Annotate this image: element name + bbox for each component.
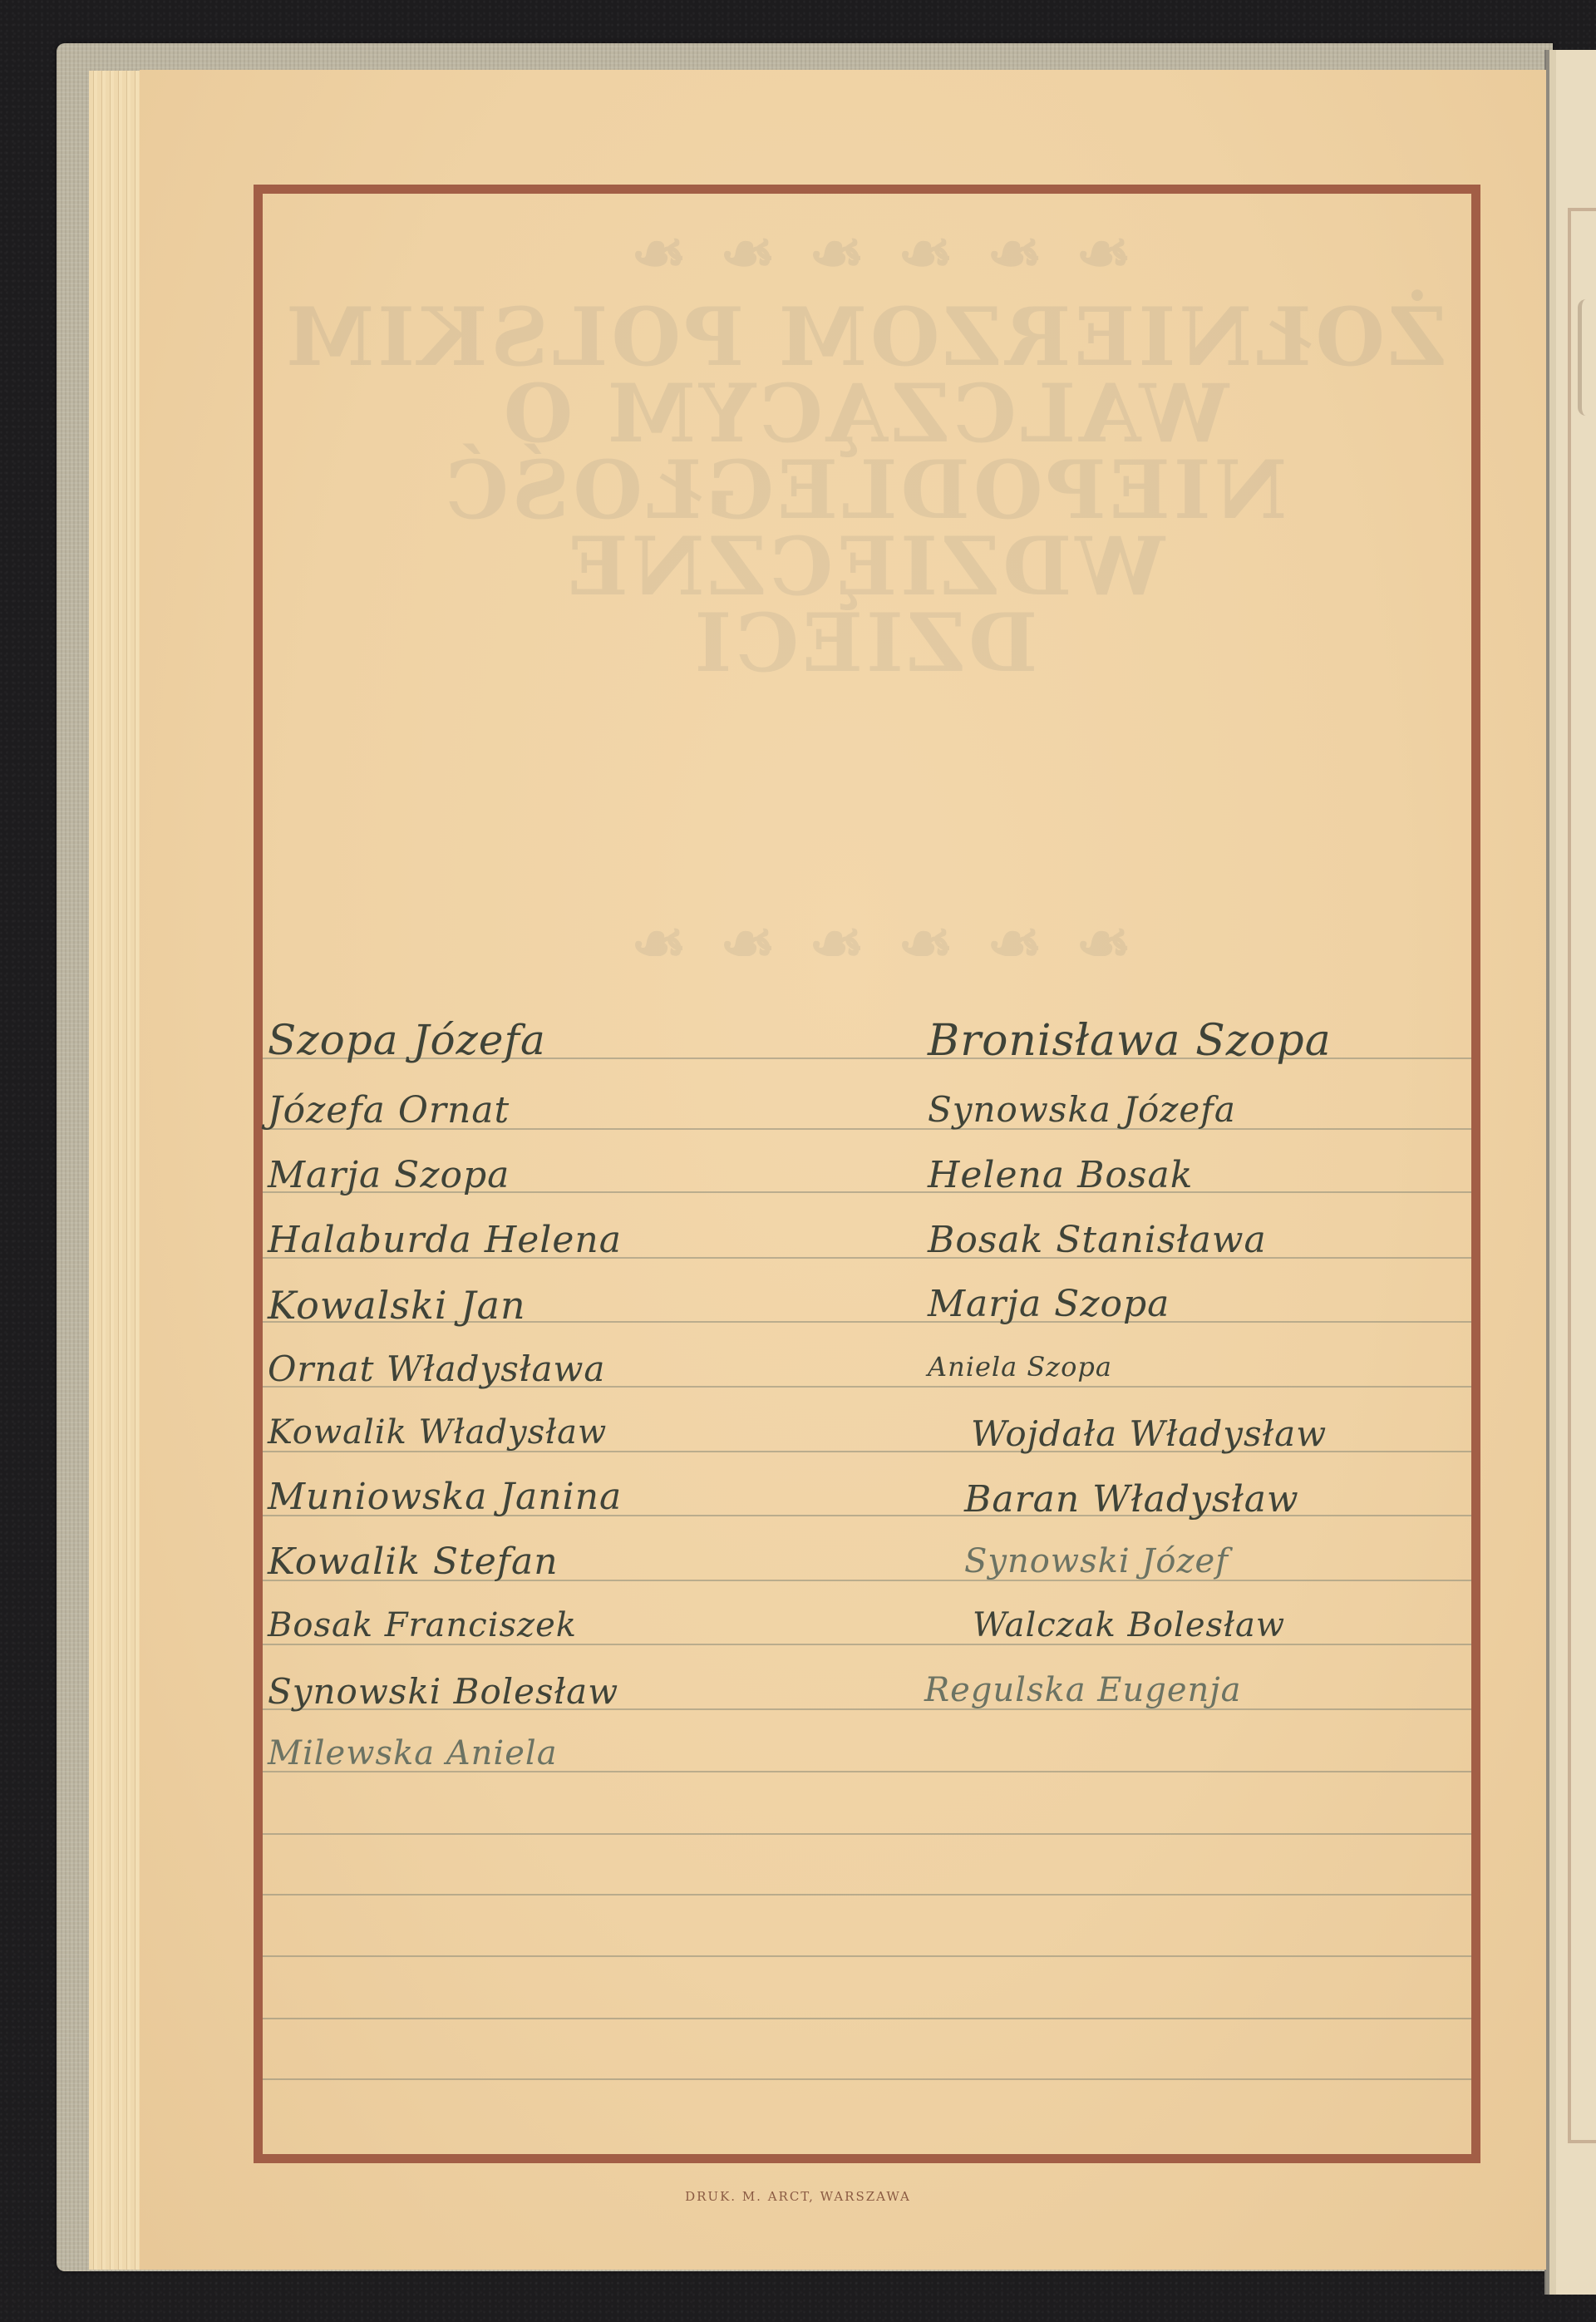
signature-left-1: Szopa Józefa <box>268 1016 546 1064</box>
signature-right-11: Regulska Eugenja <box>924 1671 1242 1709</box>
ruled-line <box>263 2018 1471 2019</box>
page-edges <box>89 71 143 2270</box>
signature-left-3: Marja Szopa <box>268 1154 510 1196</box>
signature-right-4: Bosak Stanisława <box>928 1219 1267 1261</box>
signature-right-8: Baran Władysław <box>964 1478 1299 1521</box>
signature-right-6: Aniela Szopa <box>928 1351 1112 1383</box>
signature-left-4: Halaburda Helena <box>268 1219 622 1261</box>
signature-right-3: Helena Bosak <box>928 1154 1193 1196</box>
signature-left-6: Ornat Władysława <box>268 1348 605 1389</box>
ruled-line <box>263 1833 1471 1835</box>
adjacent-page-frame <box>1568 208 1596 2143</box>
ruled-line <box>263 2078 1471 2080</box>
signature-left-10: Bosak Franciszek <box>268 1606 577 1644</box>
signature-left-12: Milewska Aniela <box>268 1734 558 1772</box>
signature-left-8: Muniowska Janina <box>268 1476 622 1518</box>
signature-left-2: Józefa Ornat <box>268 1089 510 1131</box>
signature-left-9: Kowalik Stefan <box>268 1541 559 1583</box>
signature-right-9: Synowski Józef <box>964 1542 1229 1580</box>
signature-right-7: Wojdała Władysław <box>971 1413 1327 1454</box>
ruled-line <box>263 1894 1471 1896</box>
ruled-line <box>263 1955 1471 1957</box>
signature-left-5: Kowalski Jan <box>268 1283 526 1328</box>
signature-left-7: Kowalik Władysław <box>268 1413 607 1452</box>
signature-right-5: Marja Szopa <box>928 1283 1170 1325</box>
adjacent-page-ornament <box>1578 299 1596 416</box>
signature-left-11: Synowski Bolesław <box>268 1671 618 1712</box>
signature-right-10: Walczak Bolesław <box>973 1606 1285 1644</box>
printer-imprint: DRUK. M. ARCT, WARSZAWA <box>0 2189 1596 2204</box>
signature-right-2: Synowska Józefa <box>928 1089 1236 1130</box>
signature-right-1: Bronisława Szopa <box>928 1016 1332 1066</box>
adjacent-page-edge <box>1544 50 1596 2295</box>
